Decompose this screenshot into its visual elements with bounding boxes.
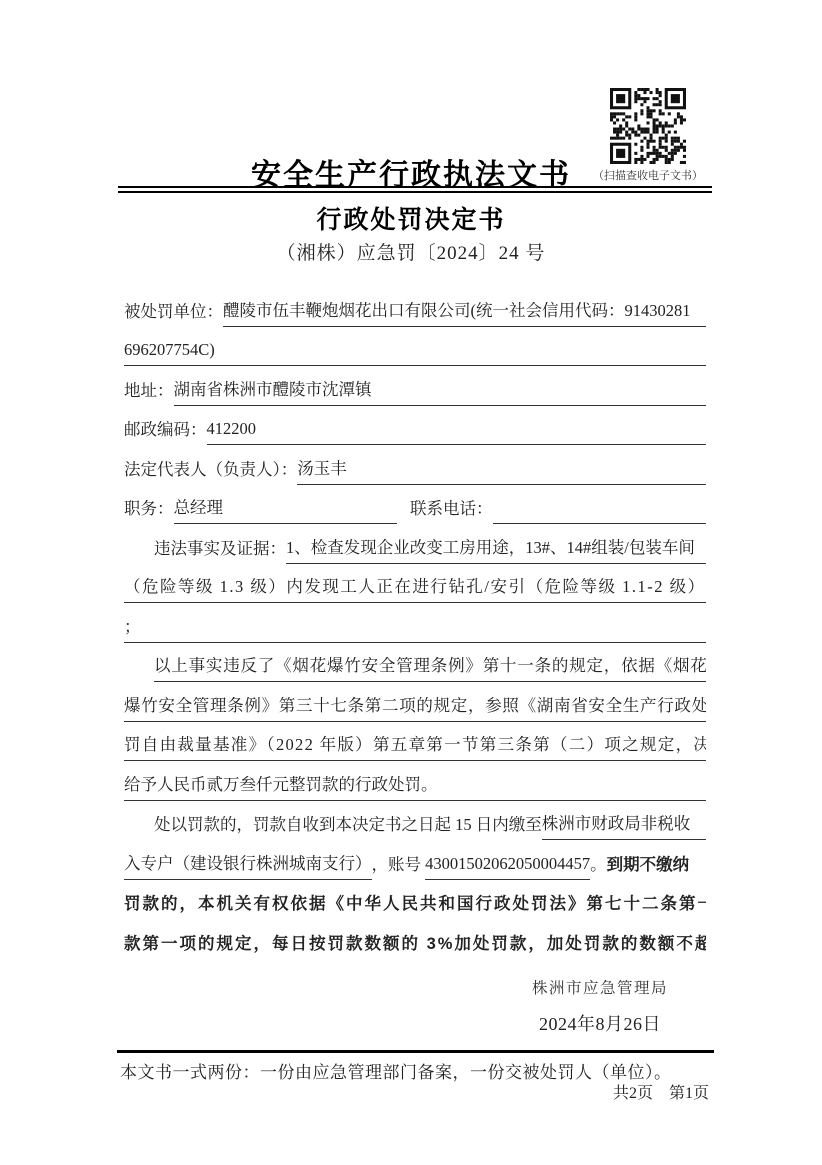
underline-fill	[347, 479, 706, 485]
text-segment: 1、检查发现企业改变工房用途，13#、14#组装/包装车间	[286, 534, 695, 564]
document-line: 爆竹安全管理条例》第三十七条第二项的规定，参照《湖南省安全生产行政处	[124, 682, 706, 722]
text-segment: 违法事实及证据：	[154, 535, 286, 564]
document-line: 入专户（建设银行株洲城南支行），账号 43001502062050004457。…	[124, 840, 706, 880]
document-line: （危险等级 1.3 级）内发现工人正在进行钻孔/安引（危险等级 1.1-2 级）…	[124, 564, 706, 604]
text-segment: 爆竹安全管理条例》第三十七条第二项的规定，参照《湖南省安全生产行政处	[124, 692, 706, 722]
spacer	[397, 519, 410, 524]
text-segment: 株洲市财政局非税收	[542, 810, 691, 840]
text-segment: 醴陵市伍丰鞭炮烟花出口有限公司(统一社会信用代码：91430281	[223, 297, 691, 327]
document-line: 处以罚款的，罚款自收到本决定书之日起 15 日内缴至株洲市财政局非税收	[124, 801, 706, 841]
text-segment: 696207754C)	[124, 340, 215, 366]
text-segment: 罚自由裁量基准》（2022 年版）第五章第一节第三条第（二）项之规定，决定	[124, 731, 706, 761]
spacer	[223, 518, 397, 524]
text-segment: 给予人民币贰万叁仟元整罚款的行政处罚。	[124, 771, 438, 801]
footer-rule	[117, 1050, 714, 1053]
document-line: 邮政编码：412200	[124, 406, 706, 446]
signature-block: 株洲市应急管理局 2024年8月26日	[470, 976, 730, 1036]
text-segment: 入专户（建设银行株洲城南支行）	[124, 850, 372, 880]
text-segment: 到期不缴纳	[607, 851, 690, 880]
underline-fill	[691, 321, 707, 327]
text-segment: 。	[590, 851, 607, 880]
text-segment: 地址：	[124, 377, 174, 406]
document-line: 被处罚单位：醴陵市伍丰鞭炮烟花出口有限公司(统一社会信用代码：91430281	[124, 287, 706, 327]
text-segment: 汤玉丰	[297, 455, 347, 485]
document-line: 696207754C)	[124, 327, 706, 367]
text-segment: 处以罚款的，罚款自收到本决定书之日起 15 日内缴至	[154, 811, 542, 840]
double-rule	[118, 186, 712, 193]
text-segment: 以上事实违反了《烟花爆竹安全管理条例》第十一条的规定，依据《烟花	[154, 652, 706, 682]
text-segment: 法定代表人（负责人）：	[124, 456, 297, 485]
document-line: 地址：湖南省株洲市醴陵市沈潭镇	[124, 366, 706, 406]
underline-fill	[690, 834, 706, 840]
text-segment: 43001502062050004457	[425, 854, 590, 880]
document-line: 违法事实及证据：1、检查发现企业改变工房用途，13#、14#组装/包装车间	[124, 524, 706, 564]
underline-fill	[256, 439, 706, 445]
page-indicator: 共2页 第1页	[120, 1080, 709, 1103]
underline-fill	[215, 360, 706, 366]
issue-date: 2024年8月26日	[470, 1010, 730, 1036]
document-line: 法定代表人（负责人）：汤玉丰	[124, 445, 706, 485]
text-segment: （危险等级 1.3 级）内发现工人正在进行钻孔/安引（危险等级 1.1-2 级）…	[124, 573, 706, 603]
document-line: 罚自由裁量基准》（2022 年版）第五章第一节第三条第（二）项之规定，决定	[124, 722, 706, 762]
text-segment: 总经理	[174, 494, 224, 524]
text-segment: ，账号	[372, 851, 426, 880]
text-segment: 罚款的，本机关有权依据《中华人民共和国行政处罚法》第七十二条第一	[124, 890, 706, 919]
text-segment: 被处罚单位：	[124, 298, 223, 327]
text-segment: 款第一项的规定，每日按罚款数额的 3%加处罚款，加处罚款的数额不超出	[124, 930, 706, 959]
penalty-decision-document: （扫描查收电子文书） 安全生产行政执法文书 行政处罚决定书 （湘株）应急罚〔20…	[0, 0, 822, 1165]
issuing-agency: 株洲市应急管理局	[470, 976, 730, 998]
document-line: ；	[124, 603, 706, 643]
document-line: 给予人民币贰万叁仟元整罚款的行政处罚。	[124, 761, 706, 801]
document-line: 职务：总经理联系电话：	[124, 485, 706, 525]
document-title: 行政处罚决定书	[0, 200, 822, 236]
document-number: （湘株）应急罚〔2024〕24 号	[0, 238, 822, 265]
document-line: 以上事实违反了《烟花爆竹安全管理条例》第十一条的规定，依据《烟花	[124, 643, 706, 683]
document-line: 款第一项的规定，每日按罚款数额的 3%加处罚款，加处罚款的数额不超出	[124, 919, 706, 959]
text-segment: ；	[124, 613, 141, 643]
text-segment: 职务：	[124, 495, 174, 524]
underline-fill	[695, 558, 706, 564]
text-segment: 联系电话：	[410, 495, 493, 524]
underline-fill	[493, 518, 707, 524]
text-segment: 邮政编码：	[124, 416, 207, 445]
document-body: 被处罚单位：醴陵市伍丰鞭炮烟花出口有限公司(统一社会信用代码：914302816…	[124, 287, 706, 959]
underline-fill	[372, 400, 707, 406]
underline-fill	[438, 795, 707, 801]
text-segment: 412200	[207, 419, 257, 445]
underline-fill	[141, 637, 707, 643]
text-segment: 湖南省株洲市醴陵市沈潭镇	[174, 376, 372, 406]
document-line: 罚款的，本机关有权依据《中华人民共和国行政处罚法》第七十二条第一	[124, 880, 706, 920]
